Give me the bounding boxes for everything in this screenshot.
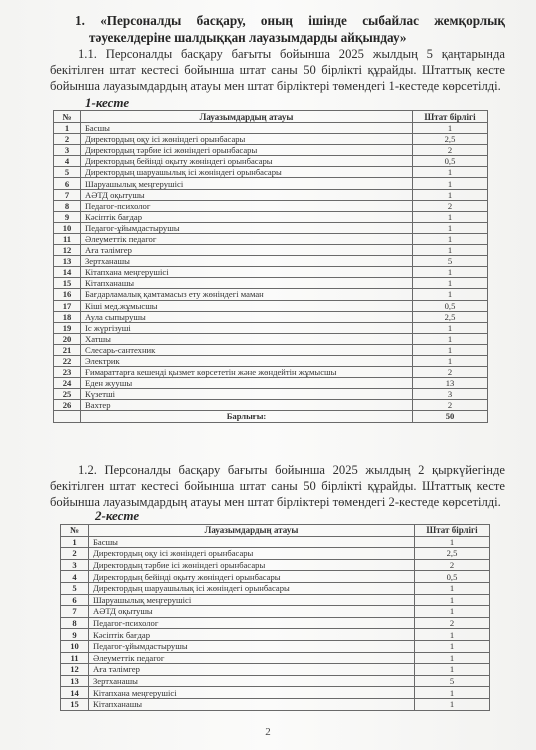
staff-units: 1 — [415, 594, 490, 606]
table-row: 3Директордың тәрбие ісі жөніндегі орынба… — [61, 559, 490, 571]
staff-units: 2,5 — [413, 311, 488, 322]
staff-table-1: № Лауазымдардың атауы Штат бірлігі 1Басш… — [53, 110, 488, 423]
row-number: 17 — [54, 300, 81, 311]
position-name: Педагог-ұйымдастырушы — [81, 222, 413, 233]
position-name: Директордың тәрбие ісі жөніндегі орынбас… — [81, 145, 413, 156]
position-name: Күзетші — [81, 389, 413, 400]
section-heading: 1. «Персоналды басқару, оның ішінде сыба… — [75, 12, 505, 46]
table-row: 25Күзетші3 — [54, 389, 488, 400]
table-row: 2Директордың оқу ісі жөніндегі орынбасар… — [54, 134, 488, 145]
position-name: Бағдарламалық қамтамасыз ету жөніндегі м… — [81, 289, 413, 300]
staff-units: 1 — [413, 267, 488, 278]
row-number: 1 — [61, 536, 89, 548]
table-row: 4Директордың бейінді оқыту жөніндегі оры… — [61, 571, 490, 583]
staff-units: 1 — [415, 606, 490, 618]
row-number: 12 — [54, 245, 81, 256]
table-row: 15Кітапханашы1 — [54, 278, 488, 289]
document-page: 1. «Персоналды басқару, оның ішінде сыба… — [0, 0, 536, 750]
staff-units: 1 — [413, 178, 488, 189]
row-number: 20 — [54, 333, 81, 344]
row-number: 18 — [54, 311, 81, 322]
table-2-caption: 2-кесте — [95, 508, 139, 524]
position-name: Педагог-психолог — [81, 200, 413, 211]
table-row: 2Директордың оқу ісі жөніндегі орынбасар… — [61, 548, 490, 560]
row-number: 3 — [61, 559, 89, 571]
staff-units: 1 — [415, 664, 490, 676]
row-number: 22 — [54, 355, 81, 366]
position-name: Әлеуметтік педагог — [89, 652, 415, 664]
row-number: 24 — [54, 378, 81, 389]
row-number: 2 — [54, 134, 81, 145]
staff-units: 1 — [415, 687, 490, 699]
table-row: 8Педагог-психолог2 — [54, 200, 488, 211]
staff-units: 1 — [413, 355, 488, 366]
row-number: 13 — [54, 256, 81, 267]
row-number: 10 — [61, 640, 89, 652]
staff-units: 2 — [415, 559, 490, 571]
table-row: 1Басшы1 — [61, 536, 490, 548]
table-row: 6Шаруашылық меңгерушісі1 — [54, 178, 488, 189]
col-header-units: Штат бірлігі — [415, 525, 490, 537]
position-name: Ғимараттарға кешенді қызмет көрсететін ж… — [81, 367, 413, 378]
staff-units: 2,5 — [415, 548, 490, 560]
col-header-number: № — [61, 525, 89, 537]
table-row: 18Аула сыпырушы2,5 — [54, 311, 488, 322]
table-row: 10Педагог-ұйымдастырушы1 — [61, 640, 490, 652]
staff-units: 2 — [415, 617, 490, 629]
col-header-position: Лауазымдардың атауы — [81, 111, 413, 123]
row-number: 23 — [54, 367, 81, 378]
position-name: Басшы — [81, 123, 413, 134]
table-row: 5Директордың шаруашылық ісі жөніндегі ор… — [61, 582, 490, 594]
col-header-units: Штат бірлігі — [413, 111, 488, 123]
table-row: 8Педагог-психолог2 — [61, 617, 490, 629]
table-total-row: Барлығы: 50 — [54, 411, 488, 422]
position-name: Басшы — [89, 536, 415, 548]
row-number: 5 — [54, 167, 81, 178]
table-row: 13Зертханашы5 — [54, 256, 488, 267]
staff-units: 1 — [413, 322, 488, 333]
staff-units: 1 — [415, 582, 490, 594]
table-row: 17Кіші мед.жұмысшы0,5 — [54, 300, 488, 311]
staff-units: 2,5 — [413, 134, 488, 145]
staff-units: 5 — [413, 256, 488, 267]
staff-units: 1 — [413, 245, 488, 256]
row-number: 15 — [54, 278, 81, 289]
position-name: Педагог-ұйымдастырушы — [89, 640, 415, 652]
paragraph-1-2-text: 1.2. Персоналды басқару бағыты бойынша 2… — [50, 463, 505, 509]
row-number: 8 — [54, 200, 81, 211]
row-number: 5 — [61, 582, 89, 594]
position-name: Кітапханашы — [81, 278, 413, 289]
staff-units: 1 — [413, 167, 488, 178]
row-number: 26 — [54, 400, 81, 411]
table-1-caption: 1-кесте — [85, 95, 129, 111]
row-number: 16 — [54, 289, 81, 300]
row-number: 11 — [61, 652, 89, 664]
table-row: 10Педагог-ұйымдастырушы1 — [54, 222, 488, 233]
staff-units: 2 — [413, 200, 488, 211]
staff-units: 1 — [413, 211, 488, 222]
position-name: Вахтер — [81, 400, 413, 411]
row-number: 13 — [61, 675, 89, 687]
table-row: 11Әлеуметтік педагог1 — [61, 652, 490, 664]
staff-units: 1 — [415, 698, 490, 710]
position-name: Шаруашылық меңгерушісі — [89, 594, 415, 606]
table-row: 6Шаруашылық меңгерушісі1 — [61, 594, 490, 606]
table-row: 26Вахтер2 — [54, 400, 488, 411]
row-number: 14 — [54, 267, 81, 278]
table-row: 9Кәсіптік бағдар1 — [54, 211, 488, 222]
row-number: 4 — [54, 156, 81, 167]
staff-units: 1 — [413, 278, 488, 289]
total-label: Барлығы: — [81, 411, 413, 422]
table-row: 21Слесарь-сантехник1 — [54, 344, 488, 355]
table-row: 24Еден жуушы13 — [54, 378, 488, 389]
staff-units: 1 — [415, 652, 490, 664]
position-name: АӘТД оқытушы — [89, 606, 415, 618]
position-name: Директордың бейінді оқыту жөніндегі орын… — [89, 571, 415, 583]
table-row: 9Кәсіптік бағдар1 — [61, 629, 490, 641]
table-row: 7АӘТД оқытушы1 — [61, 606, 490, 618]
staff-units: 1 — [413, 233, 488, 244]
position-name: Слесарь-сантехник — [81, 344, 413, 355]
table-row: 12Аға тәлімгер1 — [61, 664, 490, 676]
staff-units: 1 — [415, 629, 490, 641]
staff-units: 2 — [413, 400, 488, 411]
table-row: 14Кітапхана меңгерушісі1 — [61, 687, 490, 699]
table-row: 15Кітапханашы1 — [61, 698, 490, 710]
row-number: 6 — [54, 178, 81, 189]
staff-units: 1 — [413, 333, 488, 344]
position-name: Хатшы — [81, 333, 413, 344]
staff-units: 5 — [415, 675, 490, 687]
position-name: Электрик — [81, 355, 413, 366]
row-number: 4 — [61, 571, 89, 583]
paragraph-1-2: 1.2. Персоналды басқару бағыты бойынша 2… — [50, 462, 505, 510]
paragraph-1-1-text: 1.1. Персоналды басқару бағыты бойынша 2… — [50, 47, 505, 93]
staff-units: 1 — [415, 536, 490, 548]
staff-units: 1 — [413, 222, 488, 233]
row-number: 21 — [54, 344, 81, 355]
staff-units: 1 — [413, 123, 488, 134]
table-row: 5Директордың шаруашылық ісі жөніндегі ор… — [54, 167, 488, 178]
table-row: 7АӘТД оқытушы1 — [54, 189, 488, 200]
table-row: 1Басшы1 — [54, 123, 488, 134]
staff-units: 1 — [413, 189, 488, 200]
section-heading-line-2: тәуекелдеріне шалдыққан лауазымдарды айқ… — [75, 29, 505, 46]
staff-units: 0,5 — [413, 156, 488, 167]
position-name: Іс жүргізуші — [81, 322, 413, 333]
total-empty-cell — [54, 411, 81, 422]
position-name: Әлеуметтік педагог — [81, 233, 413, 244]
row-number: 14 — [61, 687, 89, 699]
row-number: 9 — [61, 629, 89, 641]
row-number: 19 — [54, 322, 81, 333]
table-row: 11Әлеуметтік педагог1 — [54, 233, 488, 244]
staff-units: 1 — [413, 344, 488, 355]
position-name: Аула сыпырушы — [81, 311, 413, 322]
page-number: 2 — [0, 726, 536, 738]
row-number: 3 — [54, 145, 81, 156]
position-name: Кітапхана меңгерушісі — [81, 267, 413, 278]
position-name: Зертханашы — [81, 256, 413, 267]
table-row: 3Директордың тәрбие ісі жөніндегі орынба… — [54, 145, 488, 156]
staff-units: 1 — [415, 640, 490, 652]
table-row: 16Бағдарламалық қамтамасыз ету жөніндегі… — [54, 289, 488, 300]
position-name: Директордың бейінді оқыту жөніндегі орын… — [81, 156, 413, 167]
paragraph-1-1: 1.1. Персоналды басқару бағыты бойынша 2… — [50, 46, 505, 94]
row-number: 9 — [54, 211, 81, 222]
position-name: Директордың оқу ісі жөніндегі орынбасары — [81, 134, 413, 145]
position-name: Аға тәлімгер — [81, 245, 413, 256]
table-header-row: № Лауазымдардың атауы Штат бірлігі — [54, 111, 488, 123]
position-name: Директордың тәрбие ісі жөніндегі орынбас… — [89, 559, 415, 571]
row-number: 2 — [61, 548, 89, 560]
row-number: 8 — [61, 617, 89, 629]
position-name: Кітапханашы — [89, 698, 415, 710]
table-row: 4Директордың бейінді оқыту жөніндегі оры… — [54, 156, 488, 167]
row-number: 1 — [54, 123, 81, 134]
table-row: 13Зертханашы5 — [61, 675, 490, 687]
table-header-row: № Лауазымдардың атауы Штат бірлігі — [61, 525, 490, 537]
position-name: Педагог-психолог — [89, 617, 415, 629]
position-name: Аға тәлімгер — [89, 664, 415, 676]
position-name: Директордың шаруашылық ісі жөніндегі оры… — [81, 167, 413, 178]
staff-units: 3 — [413, 389, 488, 400]
row-number: 12 — [61, 664, 89, 676]
staff-units: 0,5 — [413, 300, 488, 311]
position-name: Кіші мед.жұмысшы — [81, 300, 413, 311]
total-value: 50 — [413, 411, 488, 422]
staff-units: 1 — [413, 289, 488, 300]
row-number: 15 — [61, 698, 89, 710]
staff-units: 2 — [413, 367, 488, 378]
table-row: 22Электрик1 — [54, 355, 488, 366]
position-name: Директордың оқу ісі жөніндегі орынбасары — [89, 548, 415, 560]
row-number: 25 — [54, 389, 81, 400]
table-row: 12Аға тәлімгер1 — [54, 245, 488, 256]
table-row: 19Іс жүргізуші1 — [54, 322, 488, 333]
position-name: Кәсіптік бағдар — [89, 629, 415, 641]
position-name: Шаруашылық меңгерушісі — [81, 178, 413, 189]
position-name: Еден жуушы — [81, 378, 413, 389]
col-header-number: № — [54, 111, 81, 123]
table-row: 23Ғимараттарға кешенді қызмет көрсететін… — [54, 367, 488, 378]
table-row: 20Хатшы1 — [54, 333, 488, 344]
row-number: 10 — [54, 222, 81, 233]
position-name: АӘТД оқытушы — [81, 189, 413, 200]
section-heading-line-1: 1. «Персоналды басқару, оның ішінде сыба… — [75, 12, 505, 29]
staff-units: 2 — [413, 145, 488, 156]
row-number: 7 — [54, 189, 81, 200]
staff-units: 13 — [413, 378, 488, 389]
staff-units: 0,5 — [415, 571, 490, 583]
row-number: 7 — [61, 606, 89, 618]
position-name: Зертханашы — [89, 675, 415, 687]
col-header-position: Лауазымдардың атауы — [89, 525, 415, 537]
row-number: 11 — [54, 233, 81, 244]
position-name: Кәсіптік бағдар — [81, 211, 413, 222]
position-name: Кітапхана меңгерушісі — [89, 687, 415, 699]
row-number: 6 — [61, 594, 89, 606]
table-row: 14Кітапхана меңгерушісі1 — [54, 267, 488, 278]
position-name: Директордың шаруашылық ісі жөніндегі оры… — [89, 582, 415, 594]
staff-table-2: № Лауазымдардың атауы Штат бірлігі 1Басш… — [60, 524, 490, 711]
